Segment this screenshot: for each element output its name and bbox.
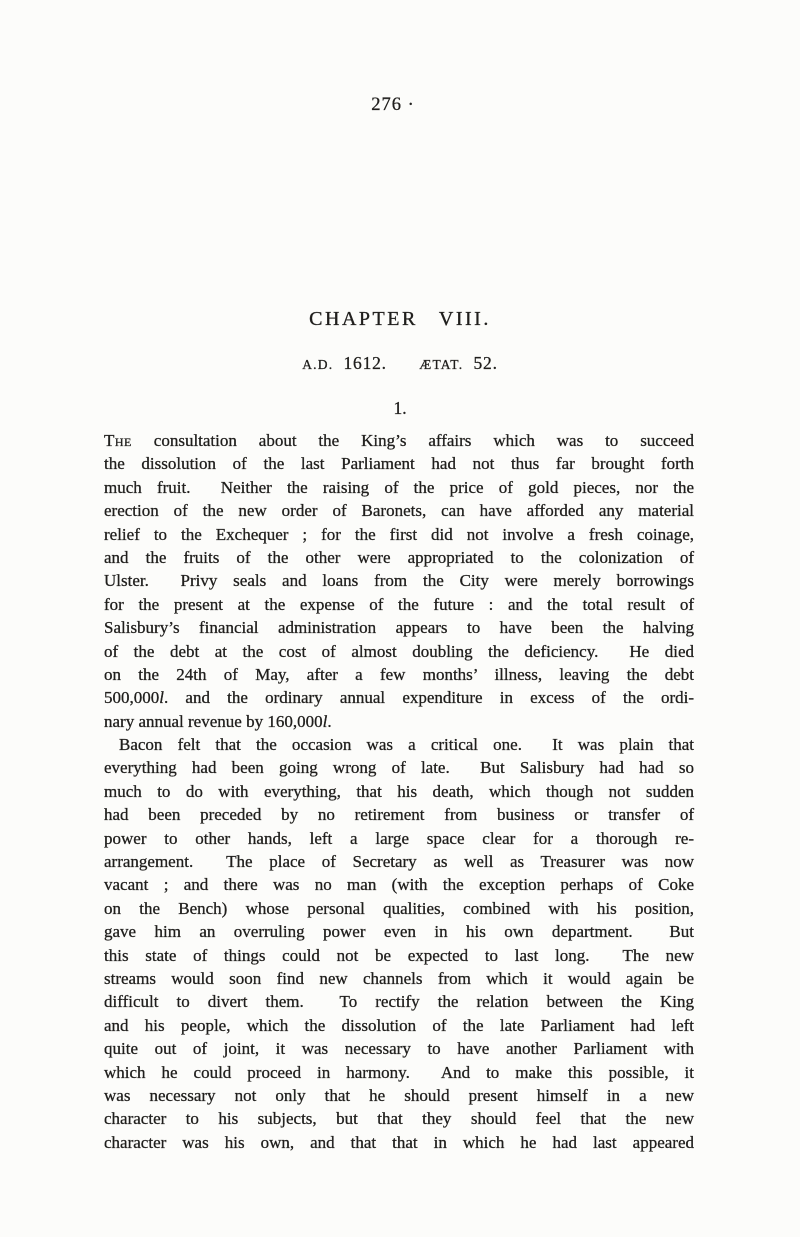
- text-line: and the fruits of the other were appropr…: [104, 546, 694, 569]
- text-segment: on the 24th of May, after a few months’ …: [104, 665, 694, 684]
- body-text: The consultation about the King’s affair…: [104, 429, 694, 1154]
- text-line: the dissolution of the last Parliament h…: [104, 452, 694, 475]
- text-segment: erection of the new order of Baronets, c…: [104, 501, 694, 520]
- text-segment: gave him an overruling power even in his…: [104, 922, 694, 941]
- text-line: The consultation about the King’s affair…: [104, 429, 694, 452]
- text-segment: Ulster. Privy seals and loans from the C…: [104, 571, 694, 590]
- section-number: 1.: [0, 398, 800, 419]
- text-segment: Salisbury’s financial administration app…: [104, 618, 694, 637]
- text-segment: The: [104, 431, 132, 450]
- text-line: much fruit. Neither the raising of the p…: [104, 476, 694, 499]
- text-line: character was his own, and that that in …: [104, 1131, 694, 1154]
- dateline-ad-label: A.D.: [302, 357, 333, 372]
- text-segment: and his people, which the dissolution of…: [104, 1016, 694, 1035]
- text-segment: character to his subjects, but that they…: [104, 1109, 694, 1128]
- text-line: on the Bench) whose personal qualities, …: [104, 897, 694, 920]
- text-segment: streams would soon find new channels fro…: [104, 969, 694, 988]
- book-page: 276 · CHAPTER VIII. A.D. 1612. ÆTAT. 52.…: [0, 0, 800, 1237]
- text-segment: on the Bench) whose personal qualities, …: [104, 899, 694, 918]
- text-line: Salisbury’s financial administration app…: [104, 616, 694, 639]
- dateline-age: 52.: [473, 353, 497, 373]
- text-segment: the dissolution of the last Parliament h…: [104, 454, 694, 473]
- text-line: and his people, which the dissolution of…: [104, 1014, 694, 1037]
- chapter-heading: CHAPTER VIII.: [0, 308, 800, 331]
- text-line: quite out of joint, it was necessary to …: [104, 1037, 694, 1060]
- text-segment: arrangement. The place of Secretary as w…: [104, 852, 694, 871]
- text-segment: . and the ordinary annual expenditure in…: [164, 688, 694, 707]
- text-line: of the debt at the cost of almost doubli…: [104, 640, 694, 663]
- text-line: was necessary not only that he should pr…: [104, 1084, 694, 1107]
- text-line: Ulster. Privy seals and loans from the C…: [104, 569, 694, 592]
- text-line: nary annual revenue by 160,000l.: [104, 710, 694, 733]
- text-line: erection of the new order of Baronets, c…: [104, 499, 694, 522]
- text-segment: difficult to divert them. To rectify the…: [104, 992, 694, 1011]
- text-line: everything had been going wrong of late.…: [104, 756, 694, 779]
- text-segment: character was his own, and that that in …: [104, 1133, 694, 1152]
- text-segment: was necessary not only that he should pr…: [104, 1086, 694, 1105]
- text-line: streams would soon find new channels fro…: [104, 967, 694, 990]
- text-segment: this state of things could not be expect…: [104, 946, 694, 965]
- text-line: on the 24th of May, after a few months’ …: [104, 663, 694, 686]
- text-line: Bacon felt that the occasion was a criti…: [104, 733, 694, 756]
- text-segment: for the present at the expense of the fu…: [104, 595, 694, 614]
- text-line: gave him an overruling power even in his…: [104, 920, 694, 943]
- text-line: power to other hands, left a large space…: [104, 827, 694, 850]
- text-line: this state of things could not be expect…: [104, 944, 694, 967]
- text-segment: which he could proceed in harmony. And t…: [104, 1063, 694, 1082]
- text-segment: had been preceded by no retirement from …: [104, 805, 694, 824]
- text-segment: vacant ; and there was no man (with the …: [104, 875, 694, 894]
- text-line: character to his subjects, but that they…: [104, 1107, 694, 1130]
- text-segment: 500,000: [104, 688, 159, 707]
- text-segment: and the fruits of the other were appropr…: [104, 548, 694, 567]
- text-line: vacant ; and there was no man (with the …: [104, 873, 694, 896]
- text-line: much to do with everything, that his dea…: [104, 780, 694, 803]
- text-line: arrangement. The place of Secretary as w…: [104, 850, 694, 873]
- text-line: had been preceded by no retirement from …: [104, 803, 694, 826]
- text-segment: nary annual revenue by 160,000: [104, 712, 323, 731]
- text-segment: consultation about the King’s affairs wh…: [132, 431, 694, 450]
- text-line: for the present at the expense of the fu…: [104, 593, 694, 616]
- text-line: relief to the Exchequer ; for the first …: [104, 523, 694, 546]
- text-segment: of the debt at the cost of almost doubli…: [104, 642, 694, 661]
- text-segment: Bacon felt that the occasion was a criti…: [119, 735, 694, 754]
- text-segment: everything had been going wrong of late.…: [104, 758, 694, 777]
- dateline-year: 1612.: [343, 353, 386, 373]
- text-segment: .: [327, 712, 331, 731]
- text-line: difficult to divert them. To rectify the…: [104, 990, 694, 1013]
- text-segment: relief to the Exchequer ; for the first …: [104, 525, 694, 544]
- text-line: 500,000l. and the ordinary annual expend…: [104, 686, 694, 709]
- text-line: which he could proceed in harmony. And t…: [104, 1061, 694, 1084]
- page-number: 276 ·: [0, 95, 786, 116]
- text-segment: power to other hands, left a large space…: [104, 829, 694, 848]
- dateline: A.D. 1612. ÆTAT. 52.: [0, 353, 800, 374]
- dateline-aetat-label: ÆTAT.: [419, 357, 463, 372]
- text-segment: much to do with everything, that his dea…: [104, 782, 694, 801]
- text-segment: quite out of joint, it was necessary to …: [104, 1039, 694, 1058]
- text-segment: much fruit. Neither the raising of the p…: [104, 478, 694, 497]
